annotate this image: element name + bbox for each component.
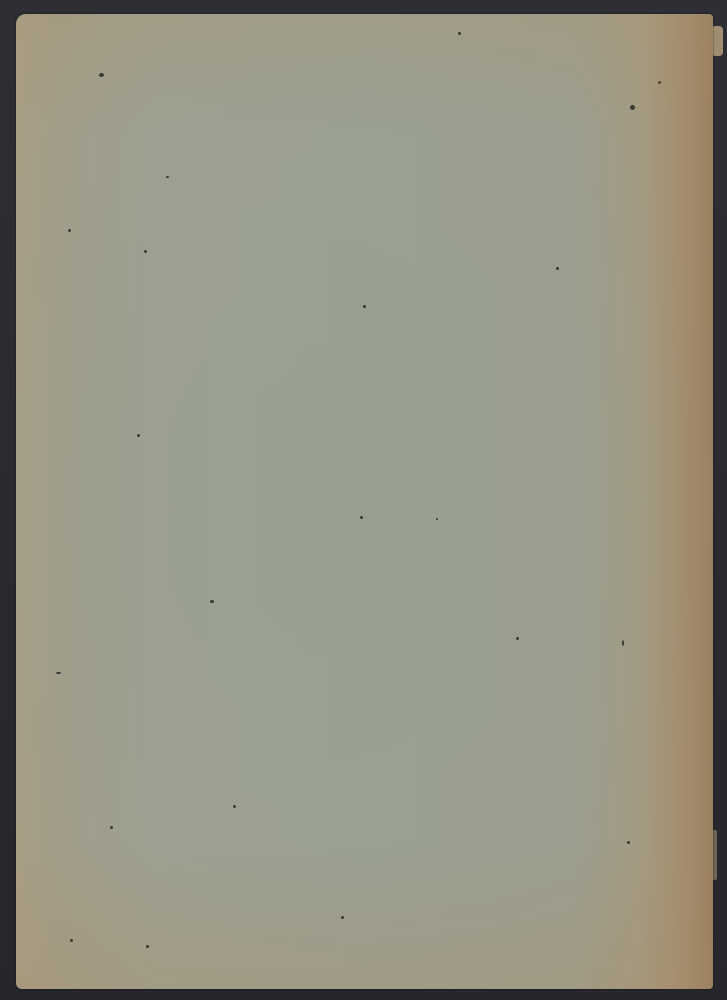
paper-speck bbox=[70, 939, 73, 942]
paper-speck bbox=[144, 250, 147, 253]
book-cover bbox=[16, 14, 713, 989]
paper-speck bbox=[110, 826, 113, 829]
paper-speck bbox=[166, 176, 169, 178]
cover-edge-tab bbox=[713, 26, 723, 56]
paper-speck bbox=[68, 229, 71, 232]
paper-speck bbox=[146, 945, 149, 948]
paper-speck bbox=[516, 637, 519, 640]
paper-speck bbox=[210, 600, 214, 603]
paper-speck bbox=[630, 105, 635, 110]
paper-speck bbox=[233, 805, 236, 808]
paper-speck bbox=[363, 305, 366, 308]
paper-speck bbox=[137, 434, 140, 437]
paper-speck bbox=[436, 518, 438, 520]
paper-speck bbox=[556, 267, 559, 270]
paper-speck bbox=[658, 81, 661, 84]
paper-speck bbox=[458, 32, 461, 35]
paper-speck bbox=[627, 841, 630, 844]
paper-speck bbox=[341, 916, 344, 919]
paper-speck bbox=[56, 672, 61, 674]
paper-speck bbox=[360, 516, 363, 519]
paper-speck bbox=[622, 640, 624, 646]
paper-speck bbox=[99, 73, 104, 77]
